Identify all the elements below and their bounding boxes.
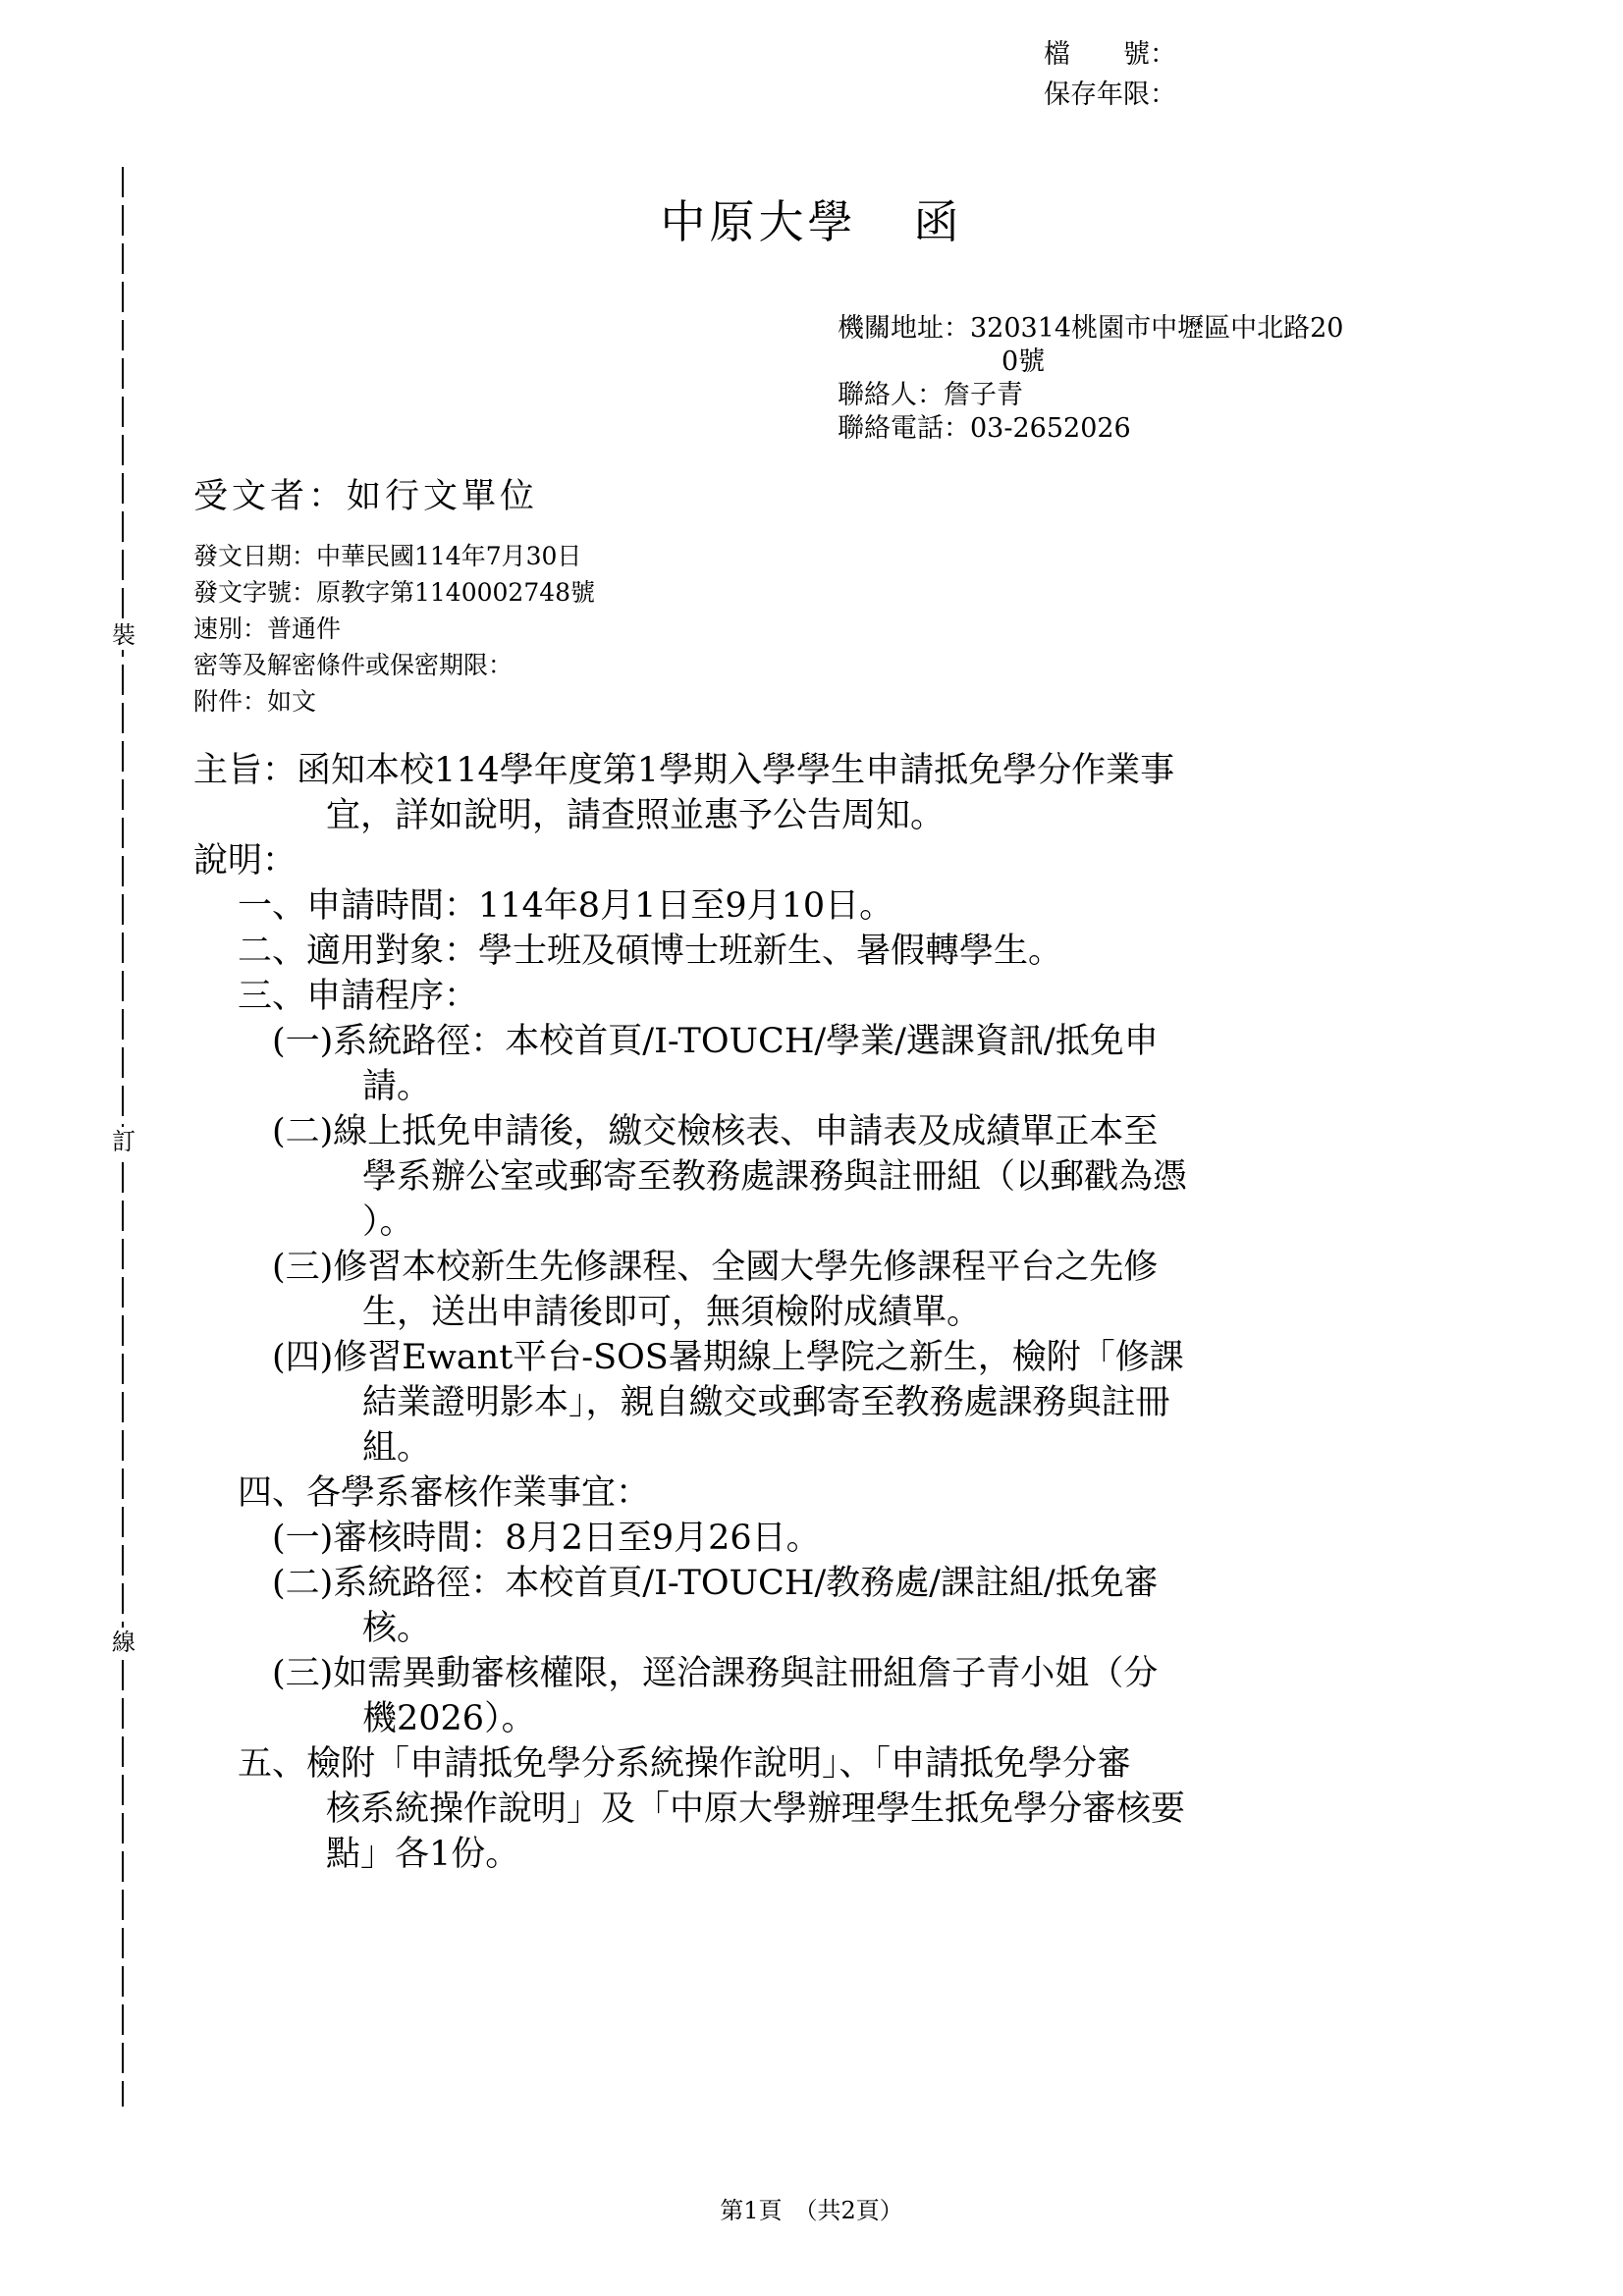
item-2: 二、適用對象：學士班及碩博士班新生、暑假轉學生。 (193, 929, 1450, 974)
org-name: 中原大學 (661, 195, 857, 248)
contact-person: 聯絡人：詹子青 (838, 379, 1343, 412)
item-4-sub-3-line-1: (三)如需異動審核權限，逕洽課務與註冊組詹子青小姐（分 (193, 1651, 1450, 1696)
doc-type: 函 (914, 195, 963, 248)
item-5-line-2: 核系統操作說明」及「中原大學辦理學生抵免學分審核要 (193, 1787, 1450, 1832)
address-line-2: 0號 (838, 346, 1343, 379)
binding-mark-ding: 訂 (110, 1127, 137, 1156)
item-3-sub-2-line-1: (二)線上抵免申請後，繳交檢核表、申請表及成績單正本至 (193, 1109, 1450, 1154)
item-3-label: 三、申請程序： (193, 974, 1450, 1019)
issue-date: 發文日期：中華民國114年7月30日 (193, 538, 595, 574)
recipient: 受文者：如行文單位 (193, 469, 538, 518)
item-4-sub-1-line-1: (一)審核時間：8月2日至9月26日。 (193, 1516, 1450, 1561)
item-3-sub-3-line-1: (三)修習本校新生先修課程、全國大學先修課程平台之先修 (193, 1245, 1450, 1290)
item-3-sub-4-line-1: (四)修習Ewant平台-SOS暑期線上學院之新生，檢附「修課 (193, 1335, 1450, 1380)
subject-line-1: 主旨：函知本校114學年度第1學期入學學生申請抵免學分作業事 (193, 748, 1450, 793)
secrecy-level: 密等及解密條件或保密期限： (193, 647, 595, 683)
item-3-sub-3-line-2: 生，送出申請後即可，無須檢附成績單。 (193, 1290, 1450, 1335)
subject-line-2: 宜，詳如說明，請查照並惠予公告周知。 (193, 793, 1450, 838)
item-4-sub-2-line-2: 核。 (193, 1606, 1450, 1651)
sender-info: 機關地址：320314桃園市中壢區中北路20 0號 聯絡人：詹子青 聯絡電話：0… (838, 312, 1343, 446)
document-meta: 發文日期：中華民國114年7月30日 發文字號：原教字第1140002748號 … (193, 538, 595, 720)
address-line-1: 機關地址：320314桃園市中壢區中北路20 (838, 312, 1343, 346)
attachment: 附件：如文 (193, 683, 595, 720)
item-3-sub-2-line-2: 學系辦公室或郵寄至教務處課務與註冊組（以郵戳為憑 (193, 1154, 1450, 1200)
item-4-sub-3-line-2: 機2026）。 (193, 1696, 1450, 1741)
document-title: 中原大學函 (0, 187, 1623, 251)
item-3-sub-2-line-3: ）。 (193, 1200, 1450, 1245)
item-1: 一、申請時間：114年8月1日至9月10日。 (193, 883, 1450, 929)
binding-mark-xian: 線 (110, 1628, 137, 1657)
item-5-line-1: 五、檢附「申請抵免學分系統操作說明」、「申請抵免學分審 (193, 1741, 1450, 1787)
item-4-sub-2-line-1: (二)系統路徑：本校首頁/I-TOUCH/教務處/課註組/抵免審 (193, 1561, 1450, 1606)
item-5-line-3: 點」各1份。 (193, 1832, 1450, 1877)
contact-phone: 聯絡電話：03-2652026 (838, 412, 1343, 446)
document-body: 主旨：函知本校114學年度第1學期入學學生申請抵免學分作業事 宜，詳如說明，請查… (193, 748, 1450, 1877)
item-3-sub-1-line-2: 請。 (193, 1064, 1450, 1109)
retention-period-label: 保存年限： (1044, 75, 1176, 115)
page-number: 第1頁 （共2頁） (0, 2191, 1623, 2225)
file-info: 檔 號： 保存年限： (1044, 34, 1176, 115)
item-3-sub-4-line-2: 結業證明影本」，親自繳交或郵寄至教務處課務與註冊 (193, 1380, 1450, 1425)
binding-mark-zhuang: 裝 (110, 620, 137, 650)
file-number-label: 檔 號： (1044, 34, 1176, 75)
delivery-speed: 速別：普通件 (193, 611, 595, 647)
item-4-label: 四、各學系審核作業事宜： (193, 1470, 1450, 1516)
item-3-sub-1-line-1: (一)系統路徑：本校首頁/I-TOUCH/學業/選課資訊/抵免申 (193, 1019, 1450, 1064)
item-3-sub-4-line-3: 組。 (193, 1425, 1450, 1470)
document-number: 發文字號：原教字第1140002748號 (193, 574, 595, 611)
explanation-heading: 說明： (193, 838, 1450, 883)
